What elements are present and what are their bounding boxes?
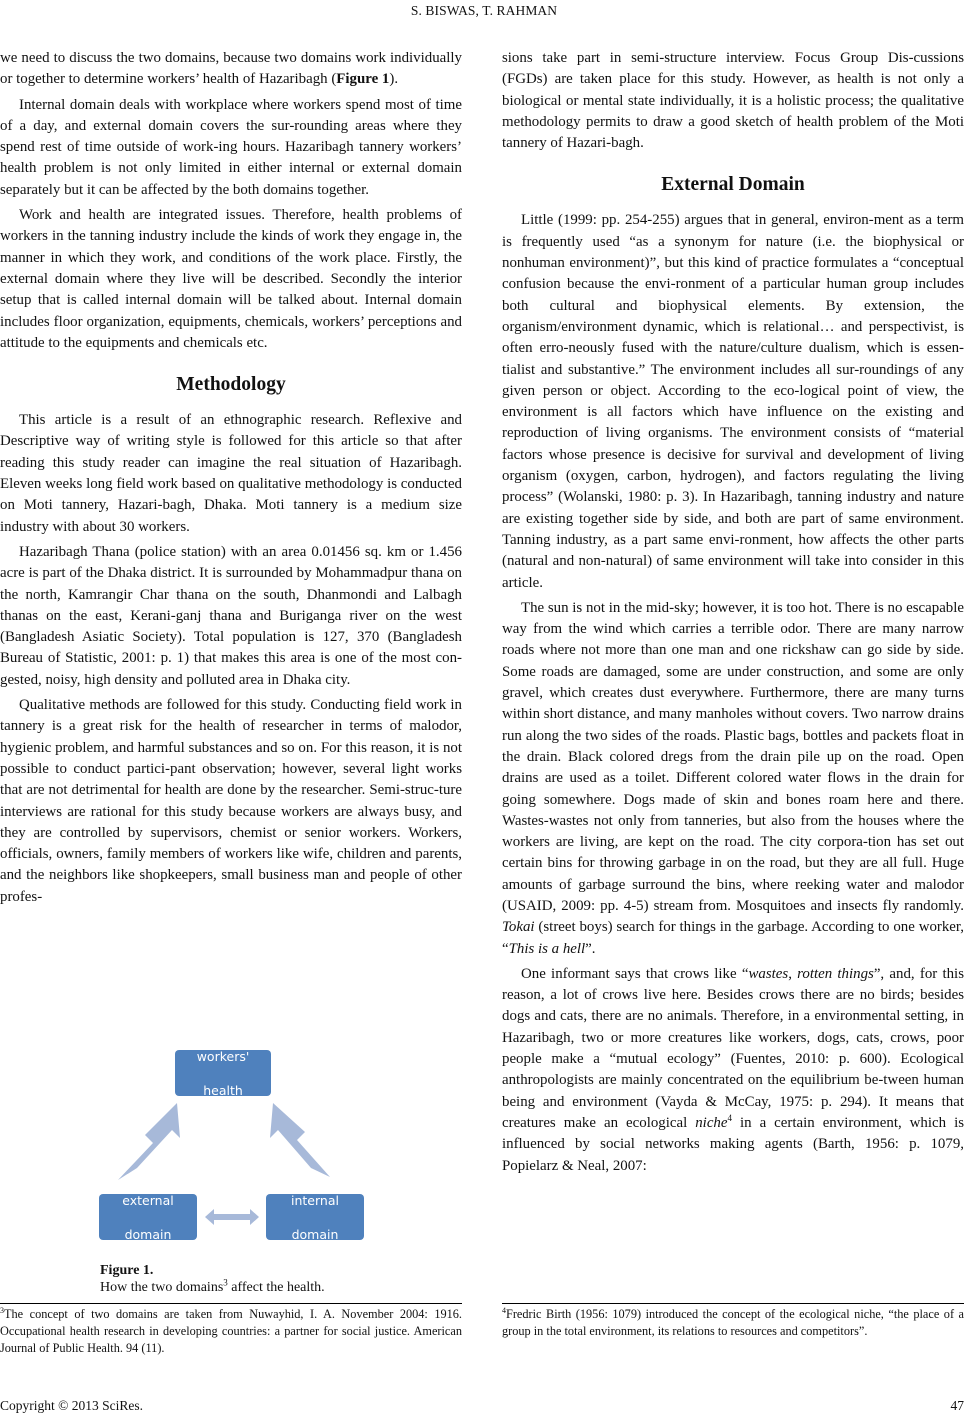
box-workers-health: workers'health: [175, 1050, 271, 1096]
paragraph: we need to discuss the two domains, beca…: [0, 48, 462, 91]
paragraph: This article is a result of an ethnograp…: [0, 410, 462, 538]
double-arrow-icon: [205, 1209, 259, 1225]
arrow-up-right-icon: [118, 1103, 180, 1180]
paragraph: The sun is not in the mid-sky; however, …: [502, 598, 964, 960]
running-head: S. BISWAS, T. RAHMAN: [0, 3, 968, 19]
footnote-divider-right: [502, 1303, 964, 1304]
arrow-up-left-icon: [270, 1103, 330, 1177]
paragraph: Qualitative methods are followed for thi…: [0, 695, 462, 908]
box-external-domain: externaldomain: [99, 1194, 197, 1240]
figure-label: Figure 1.: [100, 1262, 325, 1279]
box-internal-domain: internaldomain: [266, 1194, 364, 1240]
page-number: 47: [951, 1398, 965, 1414]
figure-reference-link[interactable]: Figure 1: [336, 71, 389, 87]
paragraph: Hazaribagh Thana (police station) with a…: [0, 542, 462, 691]
left-column: we need to discuss the two domains, beca…: [0, 48, 462, 908]
paragraph: sions take part in semi-structure interv…: [502, 48, 964, 154]
paragraph: One informant says that crows like “wast…: [502, 964, 964, 1177]
paragraph: Little (1999: pp. 254-255) argues that i…: [502, 210, 964, 593]
footnote-3: 3The concept of two domains are taken fr…: [0, 1306, 462, 1357]
section-heading-methodology: Methodology: [0, 373, 462, 397]
paragraph: Internal domain deals with workplace whe…: [0, 95, 462, 201]
section-heading-external-domain: External Domain: [502, 173, 964, 197]
footnote-divider-left: [0, 1303, 462, 1304]
figure-caption: Figure 1. How the two domains3 affect th…: [100, 1262, 325, 1296]
copyright-notice: Copyright © 2013 SciRes.: [0, 1398, 143, 1414]
paragraph: Work and health are integrated issues. T…: [0, 205, 462, 354]
figure-1-diagram: workers'health externaldomain internaldo…: [0, 1040, 484, 1262]
footnote-4: 4Fredric Birth (1956: 1079) introduced t…: [502, 1306, 964, 1340]
right-column: sions take part in semi-structure interv…: [502, 48, 964, 1177]
